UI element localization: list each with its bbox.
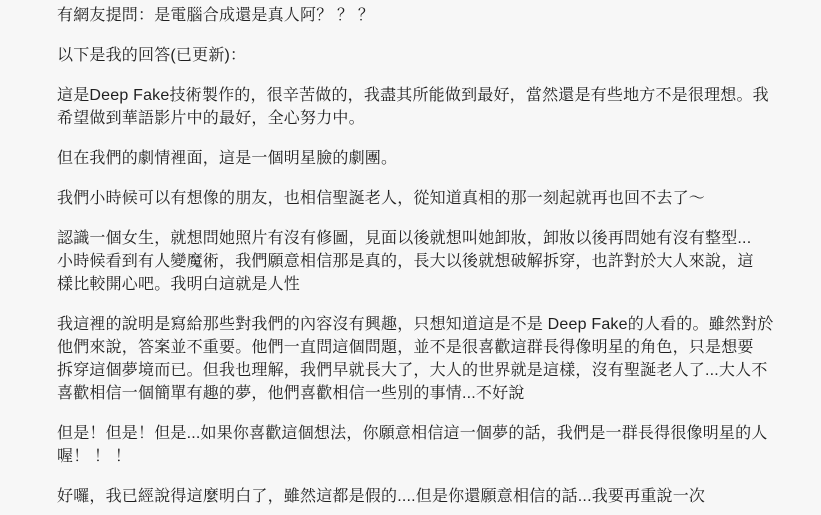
text-line: 小時候看到有人變魔術，我們願意相信那是真的，長大以後就想破解拆穿，也許對於大人來… [57,250,765,273]
paragraph-answer-intro: 以下是我的回答(已更新)： [57,44,765,67]
text-line: 希望做到華語影片中的最好，全心努力中。 [57,107,765,130]
paragraph-question: 有網友提問：是電腦合成還是真人阿？ ？ ？ [57,4,765,27]
text-line: 他們來說，答案並不重要。他們一直問這個問題，並不是很喜歡這群長得像明星的角色，只… [57,336,765,359]
paragraph-final-note: 好囉，我已經說得這麼明白了，雖然這都是假的....但是你還願意相信的話...我要… [57,485,765,508]
text-line: 喔！ ！ ！ [57,445,765,468]
paragraph-plot-context: 但在我們的劇情裡面，這是一個明星臉的劇團。 [57,147,765,170]
text-line: 認識一個女生，就想問她照片有沒有修圖，見面以後就想叫她卸妝，卸妝以後再問她有沒有… [57,227,765,250]
text-line: 喜歡相信一個簡單有趣的夢，他們喜歡相信一些別的事情...不好說 [57,382,765,405]
text-line: 樣比較開心吧。我明白這就是人性 [57,273,765,296]
paragraph-explanation: 我這裡的說明是寫給那些對我們的內容沒有興趣，只想知道這是不是 Deep Fake… [57,313,765,405]
text-line: 有網友提問：是電腦合成還是真人阿？ ？ ？ [57,7,374,24]
text-line: 但是！但是！但是...如果你喜歡這個想法，你願意相信這一個夢的話，我們是一群長得… [57,422,765,445]
text-line: 好囉，我已經說得這麼明白了，雖然這都是假的....但是你還願意相信的話...我要… [57,488,705,505]
paragraph-human-nature: 認識一個女生，就想問她照片有沒有修圖，見面以後就想叫她卸妝，卸妝以後再問她有沒有… [57,227,765,296]
text-line: 以下是我的回答(已更新)： [57,47,246,64]
paragraph-childhood-belief: 我們小時候可以有想像的朋友，也相信聖誕老人，從知道真相的那一刻起就再也回不去了〜 [57,187,765,210]
text-line: 拆穿這個夢境而已。但我也理解，我們早就長大了，大人的世界就是這樣，沒有聖誕老人了… [57,359,765,382]
paragraph-deepfake-statement: 這是Deep Fake技術製作的，很辛苦做的，我盡其所能做到最好，當然還是有些地… [57,84,765,130]
text-line: 這是Deep Fake技術製作的，很辛苦做的，我盡其所能做到最好，當然還是有些地… [57,84,765,107]
text-line: 但在我們的劇情裡面，這是一個明星臉的劇團。 [57,150,397,167]
text-line: 我們小時候可以有想像的朋友，也相信聖誕老人，從知道真相的那一刻起就再也回不去了〜 [57,190,705,207]
document-page: 有網友提問：是電腦合成還是真人阿？ ？ ？ 以下是我的回答(已更新)： 這是De… [0,0,821,515]
paragraph-but-appeal: 但是！但是！但是...如果你喜歡這個想法，你願意相信這一個夢的話，我們是一群長得… [57,422,765,468]
text-line: 我這裡的說明是寫給那些對我們的內容沒有興趣，只想知道這是不是 Deep Fake… [57,313,765,336]
